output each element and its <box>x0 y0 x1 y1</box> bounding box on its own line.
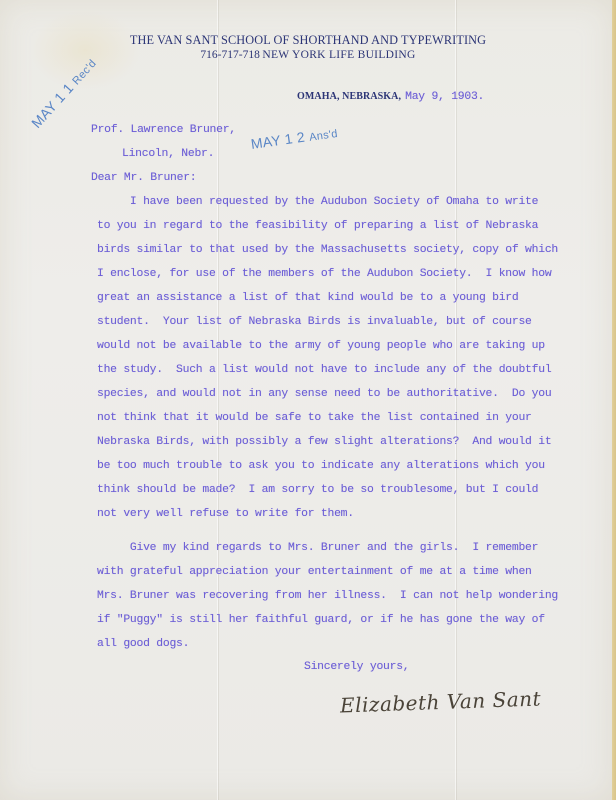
letterhead-building: NEW YORK LIFE BUILDING <box>262 49 415 61</box>
fold-crease <box>455 0 456 800</box>
body-line: not think that it would be safe to take … <box>97 412 532 424</box>
body-line: I enclose, for use of the members of the… <box>97 268 551 280</box>
fold-crease <box>217 0 218 800</box>
paper-edge <box>612 0 616 800</box>
letterhead-rooms: 716-717-718 <box>200 49 259 61</box>
body-line: birds similar to that used by the Massac… <box>97 244 558 256</box>
body-line: be too much trouble to ask you to indica… <box>97 460 545 472</box>
body-line: species, and would not in any sense need… <box>97 388 551 400</box>
recipient-name: Prof. Lawrence Bruner, <box>91 124 236 136</box>
body-line: I have been requested by the Audubon Soc… <box>97 196 538 208</box>
answered-stamp-label: Ans'd <box>308 128 338 144</box>
answered-stamp: MAY 1 2 Ans'd <box>250 124 339 152</box>
handwritten-signature: Elizabeth Van Sant <box>340 686 542 717</box>
body-line: Mrs. Bruner was recovering from her illn… <box>97 590 558 602</box>
body-line: think should be made? I am sorry to be s… <box>97 484 538 496</box>
letterhead-title: THE VAN SANT SCHOOL OF SHORTHAND AND TYP… <box>0 33 616 48</box>
body-line: not very well refuse to write for them. <box>97 508 354 520</box>
body-line: would not be available to the army of yo… <box>97 340 545 352</box>
body-line: the study. Such a list would not have to… <box>97 364 551 376</box>
body-line: to you in regard to the feasibility of p… <box>97 220 538 232</box>
recipient-city: Lincoln, Nebr. <box>122 148 214 160</box>
body-line: Nebraska Birds, with possibly a few slig… <box>97 436 551 448</box>
dateline-date: May 9, 1903. <box>405 91 484 103</box>
letter-paper: THE VAN SANT SCHOOL OF SHORTHAND AND TYP… <box>0 0 612 800</box>
dateline: OMAHA, NEBRASKA, May 9, 1903. <box>297 86 484 104</box>
body-line: if "Puggy" is still her faithful guard, … <box>97 614 545 626</box>
body-line: with grateful appreciation your entertai… <box>97 566 532 578</box>
closing: Sincerely yours, <box>304 661 409 673</box>
salutation: Dear Mr. Bruner: <box>91 172 196 184</box>
body-line: student. Your list of Nebraska Birds is … <box>97 316 532 328</box>
answered-stamp-date: MAY 1 2 <box>250 129 306 152</box>
body-line: great an assistance a list of that kind … <box>97 292 518 304</box>
body-line: Give my kind regards to Mrs. Bruner and … <box>97 542 538 554</box>
body-line: all good dogs. <box>97 638 189 650</box>
dateline-place: OMAHA, NEBRASKA, <box>297 91 401 102</box>
